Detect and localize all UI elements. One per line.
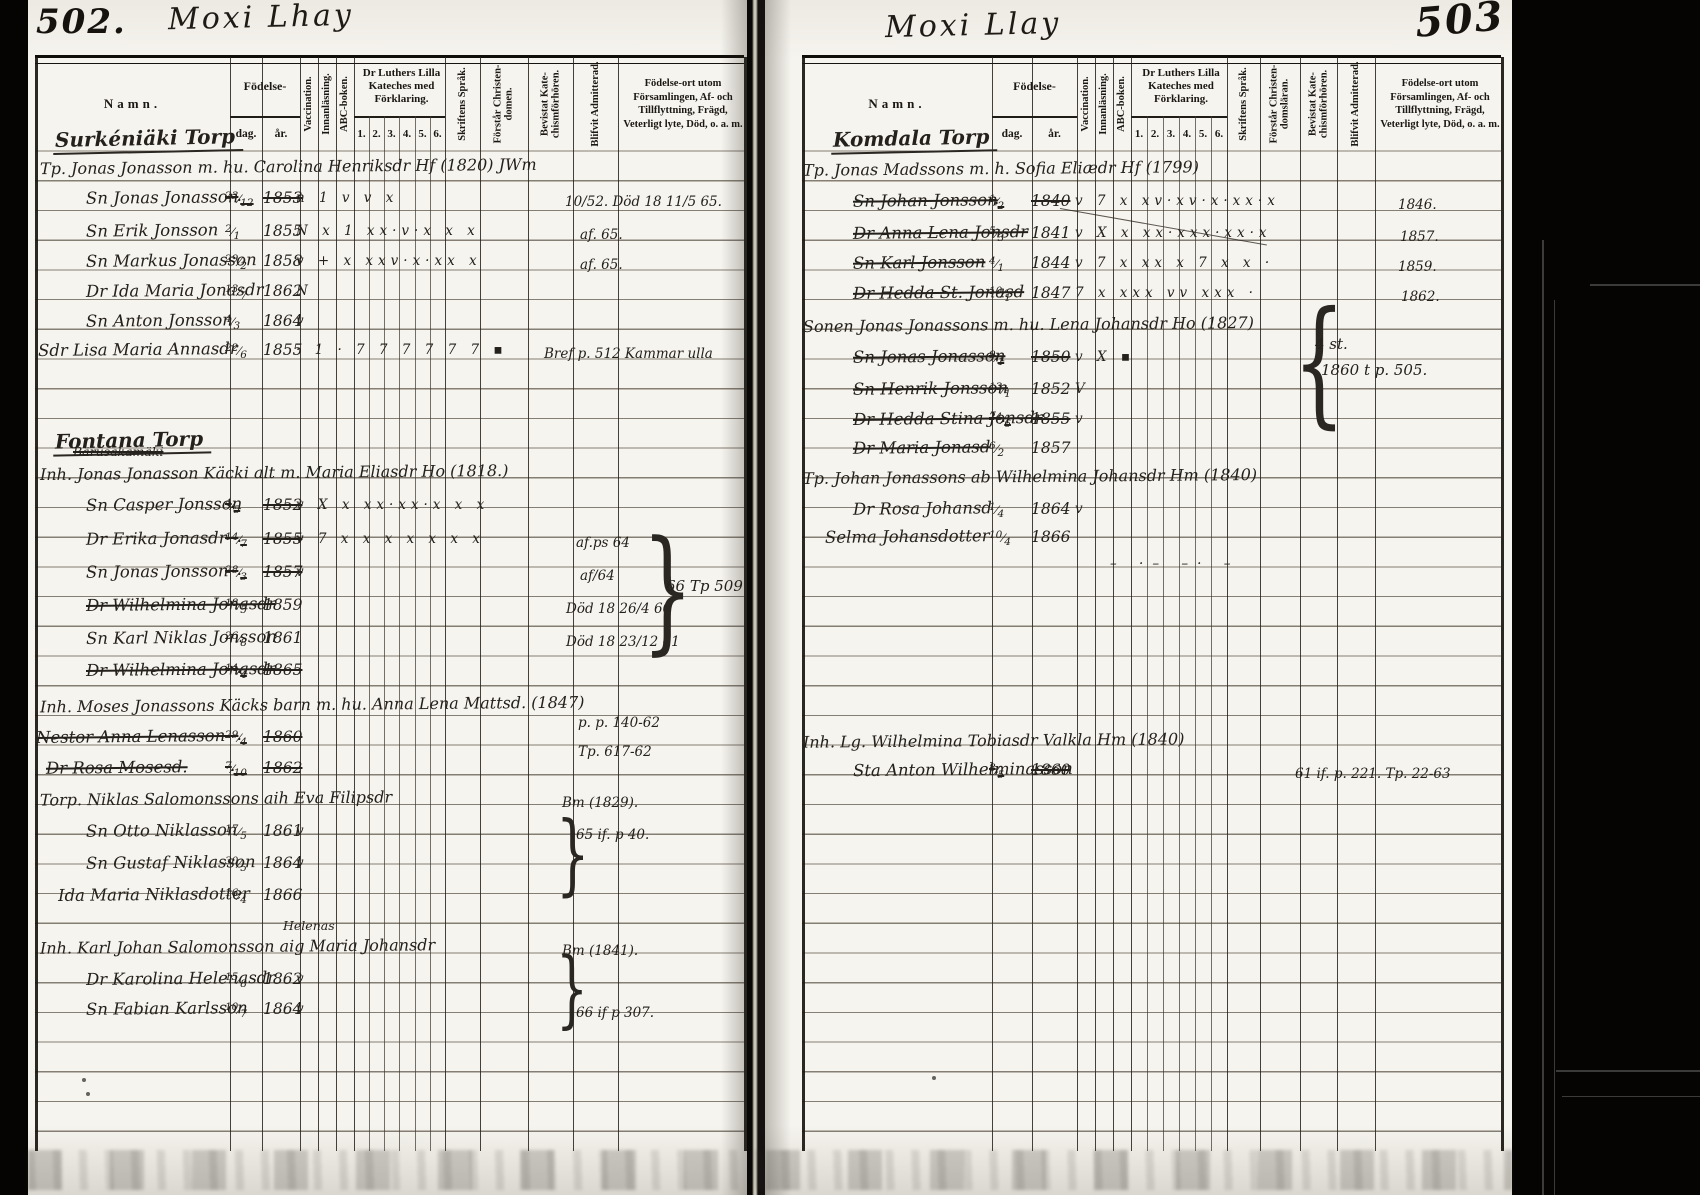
birth-day: 15⁄8 xyxy=(225,971,247,990)
person-entry: Dr Hedda Stina Jonsdr24⁄61855v xyxy=(765,409,1512,441)
kateches-sub-3: 3. xyxy=(384,116,399,151)
section-heading: Surkéniäki Torp xyxy=(53,124,244,155)
scan-speck xyxy=(86,1092,90,1096)
margin-note: af/64 xyxy=(580,562,615,591)
record-marks: v X x xx·xxx·xx·x xyxy=(1075,225,1272,241)
birth-day: 1⁄2 xyxy=(989,193,1004,212)
scan-scratch xyxy=(1590,284,1700,286)
page-title-right: Moxi Llay xyxy=(885,6,1062,45)
person-entry: Ida Maria Niklasdotter16⁄41866 xyxy=(28,885,747,917)
birth-year: 1841 xyxy=(1031,224,1070,242)
kateches-sub-4: 4. xyxy=(399,116,415,151)
person-name: Dr Rosa Johansd xyxy=(853,498,992,518)
column-blifvit-admitterad: Blifvit Admit­terad. xyxy=(1337,57,1375,151)
kateches-sub-3: 3. xyxy=(1163,116,1179,151)
birth-day: 2⁄1 xyxy=(225,223,240,242)
record-marks: N xyxy=(296,283,313,299)
kateches-sub-6: 6. xyxy=(430,116,445,151)
person-name: Dr Rosa Mosesd. xyxy=(46,757,188,777)
column-forstar-christendomen: Förstår Christen­domen. xyxy=(480,57,528,151)
person-entry: Nestor Anna Lenasson29⁄41860 xyxy=(28,727,747,759)
margin-note: af. 65. xyxy=(580,251,623,280)
person-name: Sn Johan Jonsson xyxy=(853,190,998,211)
person-name: Sdr Lisa Maria Annasdr xyxy=(38,339,238,360)
page-right: Moxi Llay 503 Namn. Födelse- dag. år. Va… xyxy=(765,0,1512,1195)
birth-day: 14⁄4 xyxy=(225,662,247,681)
margin-annotation: 1860 t p. 505. xyxy=(1321,356,1427,385)
scanned-ledger-spread: 502. Moxi Lhay Namn. Födelse- dag. år. V… xyxy=(0,0,1700,1195)
person-entry: Sdr Lisa Maria Annasdr22⁄61855· 1 · 7 7 … xyxy=(28,340,747,372)
family-entry: Tp. Johan Jonassons ab Wilhelmina Johans… xyxy=(765,467,1512,499)
family-entry: Torp. Niklas Salomonssons aih Eva Filips… xyxy=(28,789,747,821)
margin-annotation: 66 Tp 509 xyxy=(666,572,743,601)
birth-day: 10⁄7 xyxy=(225,1001,247,1020)
person-entry: Sn Casper Jonsson4⁄51852v X x xx·xx·x x … xyxy=(28,495,747,527)
person-entry: Sn Markus Jonasson29⁄21858v + x xxv·x·xx… xyxy=(28,251,747,283)
record-marks: n 1 v v x xyxy=(296,190,398,206)
column-kateches: Dr Luthers Lilla Kateches med Förklaring… xyxy=(1131,57,1231,116)
margin-brace: } xyxy=(556,948,588,1028)
birth-day: 24⁄6 xyxy=(989,411,1011,430)
birth-year: 1852 xyxy=(1031,380,1070,398)
birth-day: 16⁄4 xyxy=(225,887,247,906)
record-marks: · 1 · 7 7 7 7 7 7 ▪ xyxy=(296,342,507,358)
record-marks: 7 x xxx vv xxx · xyxy=(1075,285,1258,301)
birth-day: 30⁄5 xyxy=(225,855,247,874)
birth-day: 13⁄1 xyxy=(989,381,1011,400)
scan-scratch xyxy=(1554,300,1555,1195)
record-marks: v xyxy=(1075,501,1088,517)
birth-day: 6⁄2 xyxy=(989,440,1004,459)
record-marks: v xyxy=(296,971,309,987)
person-entry: Sn Anton Jonsson4⁄31864v xyxy=(28,311,747,343)
record-marks: v X ▪ xyxy=(1075,349,1135,365)
person-name: Sn Erik Jonsson xyxy=(86,220,219,240)
column-fodelse: Födelse- xyxy=(230,57,300,116)
column-innanlasning: Innanläsning. xyxy=(1095,57,1113,151)
person-name: Sn Fabian Karlsson xyxy=(86,998,248,1019)
column-skriftens-sprak: Skriftens Språk. xyxy=(445,57,480,151)
record-marks: V xyxy=(1075,381,1090,397)
birth-year: 1861 xyxy=(263,629,302,647)
birth-day: 13⁄7 xyxy=(225,283,247,302)
person-name: Selma Johansdotter xyxy=(825,526,990,547)
birth-day: 5⁄3 xyxy=(989,225,1004,244)
kateches-sub-4: 4. xyxy=(1179,116,1195,151)
person-entry: Dr Anna Lena Jonsdr5⁄31841v X x xx·xxx·x… xyxy=(765,223,1512,255)
birth-day: 14⁄7 xyxy=(225,531,247,550)
birth-day: 4⁄1 xyxy=(989,255,1004,274)
person-entry: Dr Ida Maria Jonasdr13⁄71862N xyxy=(28,281,747,313)
birth-day: 23⁄12 xyxy=(225,190,254,209)
page-title-left: Moxi Lhay xyxy=(168,0,355,37)
record-marks: v xyxy=(296,313,309,329)
person-entry: Dr Hedda St. Jonasd10⁄118477 x xxx vv xx… xyxy=(765,283,1512,315)
birth-day: 22⁄6 xyxy=(225,342,247,361)
family-text: Tp. Johan Jonassons ab Wilhelmina Johans… xyxy=(803,465,1257,488)
record-marks: v 7 x xx x 7 x x · xyxy=(1075,255,1274,271)
birth-year: 1864 xyxy=(1031,500,1070,518)
family-entry: Tp. Jonas Jonasson m. hu. Carolina Henri… xyxy=(28,157,747,189)
record-marks: v xyxy=(296,823,309,839)
column-bevistat-katechismforhoren: Bevistat Kate­chismförhören. xyxy=(528,57,573,151)
person-entry: Sn Erik Jonsson2⁄11855N x 1 xx·v·x x xaf… xyxy=(28,221,747,253)
interlinear-note: Helenas xyxy=(283,918,335,933)
kateches-sub-6: 6. xyxy=(1211,116,1227,151)
person-entry: Sn Jonas Jonasson23⁄121853n 1 v v x10/52… xyxy=(28,188,747,220)
person-entry: Sn Otto Niklasson17⁄51861v65 if. p 40. xyxy=(28,821,747,853)
person-entry: Dr Karolina Helenasdr15⁄81862v xyxy=(28,969,747,1001)
person-entry: Sn Jonas Jonsson28⁄31857vaf/64 xyxy=(28,562,747,594)
book-spine xyxy=(747,0,765,1195)
page-number-left: 502. xyxy=(36,2,127,42)
column-kateches: Dr Luthers Lilla Kateches med Förklaring… xyxy=(354,57,449,116)
birth-day: 29⁄2 xyxy=(225,253,247,272)
birth-year: 1859 xyxy=(263,596,302,614)
record-marks: v xyxy=(296,1001,309,1017)
record-marks: – ·– –· – xyxy=(1110,556,1239,572)
person-name: Sn Henrik Jonsson xyxy=(853,378,1008,399)
person-entry: Sn Gustaf Niklasson30⁄51864v xyxy=(28,853,747,885)
birth-day: 10⁄4 xyxy=(989,529,1011,548)
scan-scratch xyxy=(1542,240,1544,1195)
person-entry: Sta Anton Wilhelminasson8⁄5186061 if. p.… xyxy=(765,760,1512,792)
kateches-sub-2: 2. xyxy=(369,116,384,151)
family-text: Sonen Jonas Jonassons m. hu. Lena Johans… xyxy=(803,313,1254,336)
kateches-sub-2: 2. xyxy=(1147,116,1163,151)
column-abc-boken: ABC-boken. xyxy=(336,57,354,151)
person-name: Ida Maria Niklasdotter xyxy=(58,884,250,905)
scan-scratch xyxy=(1556,1070,1700,1072)
column-vaccination: Vaccination. xyxy=(300,57,318,151)
person-entry: Sn Karl Jonsson4⁄11844v 7 x xx x 7 x x ·… xyxy=(765,253,1512,285)
person-name: Sn Jonas Jonasson xyxy=(853,346,1006,367)
record-marks: v 7 x x x x x x x xyxy=(296,531,485,547)
birth-day: 26⁄8 xyxy=(225,630,247,649)
birth-day: 8⁄5 xyxy=(989,762,1004,781)
birth-year: 1850 xyxy=(1031,348,1070,366)
birth-year: 1866 xyxy=(1031,528,1070,546)
margin-note: 1862. xyxy=(1401,283,1440,312)
birth-day: 10⁄1 xyxy=(989,285,1011,304)
person-entry: Sn Karl Niklas Jonsson26⁄81861Död 18 23/… xyxy=(28,628,747,660)
birth-day: 18⁄5 xyxy=(225,597,247,616)
kateches-sub-5: 5. xyxy=(1195,116,1211,151)
birth-day: 4⁄5 xyxy=(225,497,240,516)
family-text: Inh. Moses Jonassons Käcks barn m. hu. A… xyxy=(40,693,585,717)
person-entry: Selma Johansdotter10⁄41866 xyxy=(765,527,1512,559)
kateches-sub-1: 1. xyxy=(1131,116,1147,151)
margin-note: 1846. xyxy=(1398,191,1437,220)
birth-day: 29⁄4 xyxy=(225,729,247,748)
family-text: Inh. Lg. Wilhelmina Tobiasdr Valkla Hm (… xyxy=(803,729,1185,751)
family-text: Tp. Jonas Jonasson m. hu. Carolina Henri… xyxy=(40,155,537,178)
birth-day: 9⁄1 xyxy=(989,349,1004,368)
birth-year: 1847 xyxy=(1031,284,1070,302)
birth-year: 1862 xyxy=(263,759,302,777)
section-heading: Komdala Torp xyxy=(831,124,998,154)
birth-day: 28⁄3 xyxy=(225,564,247,583)
family-text: Tp. Jonas Madssons m. h. Sofia Eliædr Hf… xyxy=(803,157,1199,179)
family-entry: Inh. Jonas Jonasson Käcki alt m. Maria E… xyxy=(28,463,747,495)
person-entry: Sn Fabian Karlsson10⁄71864v66 if p 307. xyxy=(28,999,747,1031)
person-name: Nestor Anna Lenasson xyxy=(36,726,226,747)
record-marks: v xyxy=(296,564,309,580)
margin-note: af.ps 64 xyxy=(576,529,630,558)
margin-note: 61 if. p. 221. Tp. 22-63 xyxy=(1295,760,1451,789)
person-name: Sn Karl Jonsson xyxy=(853,252,986,272)
birth-day: 7⁄10 xyxy=(225,760,247,779)
record-marks: N x 1 xx·v·x x x xyxy=(296,223,480,239)
column-fodelse: Födelse- xyxy=(992,57,1077,116)
record-marks: v X x xx·xx·x x x xyxy=(296,497,489,513)
page-left: 502. Moxi Lhay Namn. Födelse- dag. år. V… xyxy=(28,0,747,1195)
column-fodelseort: Födelse-ort utom Församlingen, Af- och T… xyxy=(618,57,748,151)
column-forstar-christendomslaran: Förstår Christen­domsläran. xyxy=(1260,57,1300,151)
margin-annotation: 4 st. xyxy=(1315,330,1348,359)
kateches-sub-1: 1. xyxy=(354,116,369,151)
record-marks: v xyxy=(1075,411,1088,427)
family-entry: Sonen Jonas Jonassons m. hu. Lena Johans… xyxy=(765,315,1512,347)
person-entry: Dr Wilhelmina Jonasdr18⁄51859Död 18 26/4… xyxy=(28,595,747,627)
person-entry: Sn Johan Jonsson1⁄21840v 7 x xv·xv·x·xx·… xyxy=(765,191,1512,223)
margin-note: 10/52. Död 18 11/5 65. xyxy=(565,188,722,217)
birth-year: 1844 xyxy=(1031,254,1070,272)
scan-margin-left xyxy=(0,0,28,1195)
family-text: Inh. Karl Johan Salomonsson aig Maria Jo… xyxy=(40,935,435,957)
scan-margin-right xyxy=(1512,0,1700,1195)
record-marks: v xyxy=(296,855,309,871)
column-dag: dag. xyxy=(992,116,1032,151)
person-name: Dr Erika Jonasdr xyxy=(86,528,227,548)
page-number-right: 503 xyxy=(1413,0,1506,47)
birth-year: 1860 xyxy=(263,728,302,746)
person-name: Dr Wilhelmina Jonasdr xyxy=(86,659,276,680)
person-name: Sn Jonas Jonsson xyxy=(86,561,229,581)
column-blifvit-admitterad: Blifvit Admit­terad. xyxy=(573,57,618,151)
column-bevistat-katechismforhoren: Bevistat Kate­chismförhören. xyxy=(1300,57,1337,151)
person-name: Sn Casper Jonsson xyxy=(86,494,242,515)
person-name: Sn Otto Niklasson xyxy=(86,820,238,841)
family-text: Inh. Jonas Jonasson Käcki alt m. Maria E… xyxy=(40,461,509,484)
family-entry: Inh. Karl Johan Salomonsson aig Maria Jo… xyxy=(28,937,747,969)
birth-year: 1865 xyxy=(263,661,302,679)
scan-scratch xyxy=(1562,1096,1700,1097)
margin-note: Bref p. 512 Kammar ulla xyxy=(544,340,713,369)
birth-day: 17⁄5 xyxy=(225,823,247,842)
margin-note: 1859. xyxy=(1398,253,1437,282)
margin-note: af. 65. xyxy=(580,221,623,250)
person-entry: Dr Rosa Mosesd.7⁄101862 xyxy=(28,758,747,790)
family-entry: Tp. Jonas Madssons m. h. Sofia Eliædr Hf… xyxy=(765,159,1512,191)
birth-year: 1857 xyxy=(1031,439,1070,457)
birth-year: 1855 xyxy=(1031,410,1070,428)
family-entry: Inh. Moses Jonassons Käcks barn m. hu. A… xyxy=(28,695,747,727)
birth-year: 1860 xyxy=(1031,761,1070,779)
person-name: Dr Maria Jonasd xyxy=(853,437,991,457)
birth-year: 1840 xyxy=(1031,192,1070,210)
birth-day: 4⁄3 xyxy=(225,313,240,332)
column-vaccination: Vaccination. xyxy=(1077,57,1095,151)
column-fodelseort: Födelse-ort utom Församlingen, Af- och T… xyxy=(1375,57,1505,151)
column-abc-boken: ABC-boken. xyxy=(1113,57,1131,151)
margin-note: 1857. xyxy=(1400,223,1439,252)
scan-speck xyxy=(82,1078,86,1082)
family-text: Torp. Niklas Salomonssons aih Eva Filips… xyxy=(40,787,392,809)
person-name: Dr Wilhelmina Jonasdr xyxy=(86,594,276,615)
family-entry: Inh. Lg. Wilhelmina Tobiasdr Valkla Hm (… xyxy=(765,731,1512,763)
record-marks: v + x xxv·x·xx x xyxy=(296,253,482,269)
person-entry: Dr Wilhelmina Jonasdr14⁄41865 xyxy=(28,660,747,692)
kateches-sub-5: 5. xyxy=(415,116,430,151)
column-ar: år. xyxy=(1032,116,1077,151)
scan-speck xyxy=(932,1076,936,1080)
birth-year: 1866 xyxy=(263,886,302,904)
interlinear-note: Bärusakamäki xyxy=(73,444,163,459)
person-name: Sn Anton Jonsson xyxy=(86,310,233,331)
person-entry: Dr Erika Jonasdr14⁄71855v 7 x x x x x x … xyxy=(28,529,747,561)
column-ar: år. xyxy=(262,116,300,151)
person-name: Sn Karl Niklas Jonsson xyxy=(86,627,277,648)
column-skriftens-sprak: Skriftens Språk. xyxy=(1227,57,1260,151)
person-name: Dr Hedda Stina Jonsdr xyxy=(853,408,1043,429)
record-marks: v 7 x xv·xv·x·xx·x xyxy=(1075,193,1280,209)
person-name: Sn Jonas Jonasson xyxy=(86,187,239,208)
birth-day: 1⁄4 xyxy=(989,501,1004,520)
column-innanlasning: Innanläsning. xyxy=(318,57,336,151)
